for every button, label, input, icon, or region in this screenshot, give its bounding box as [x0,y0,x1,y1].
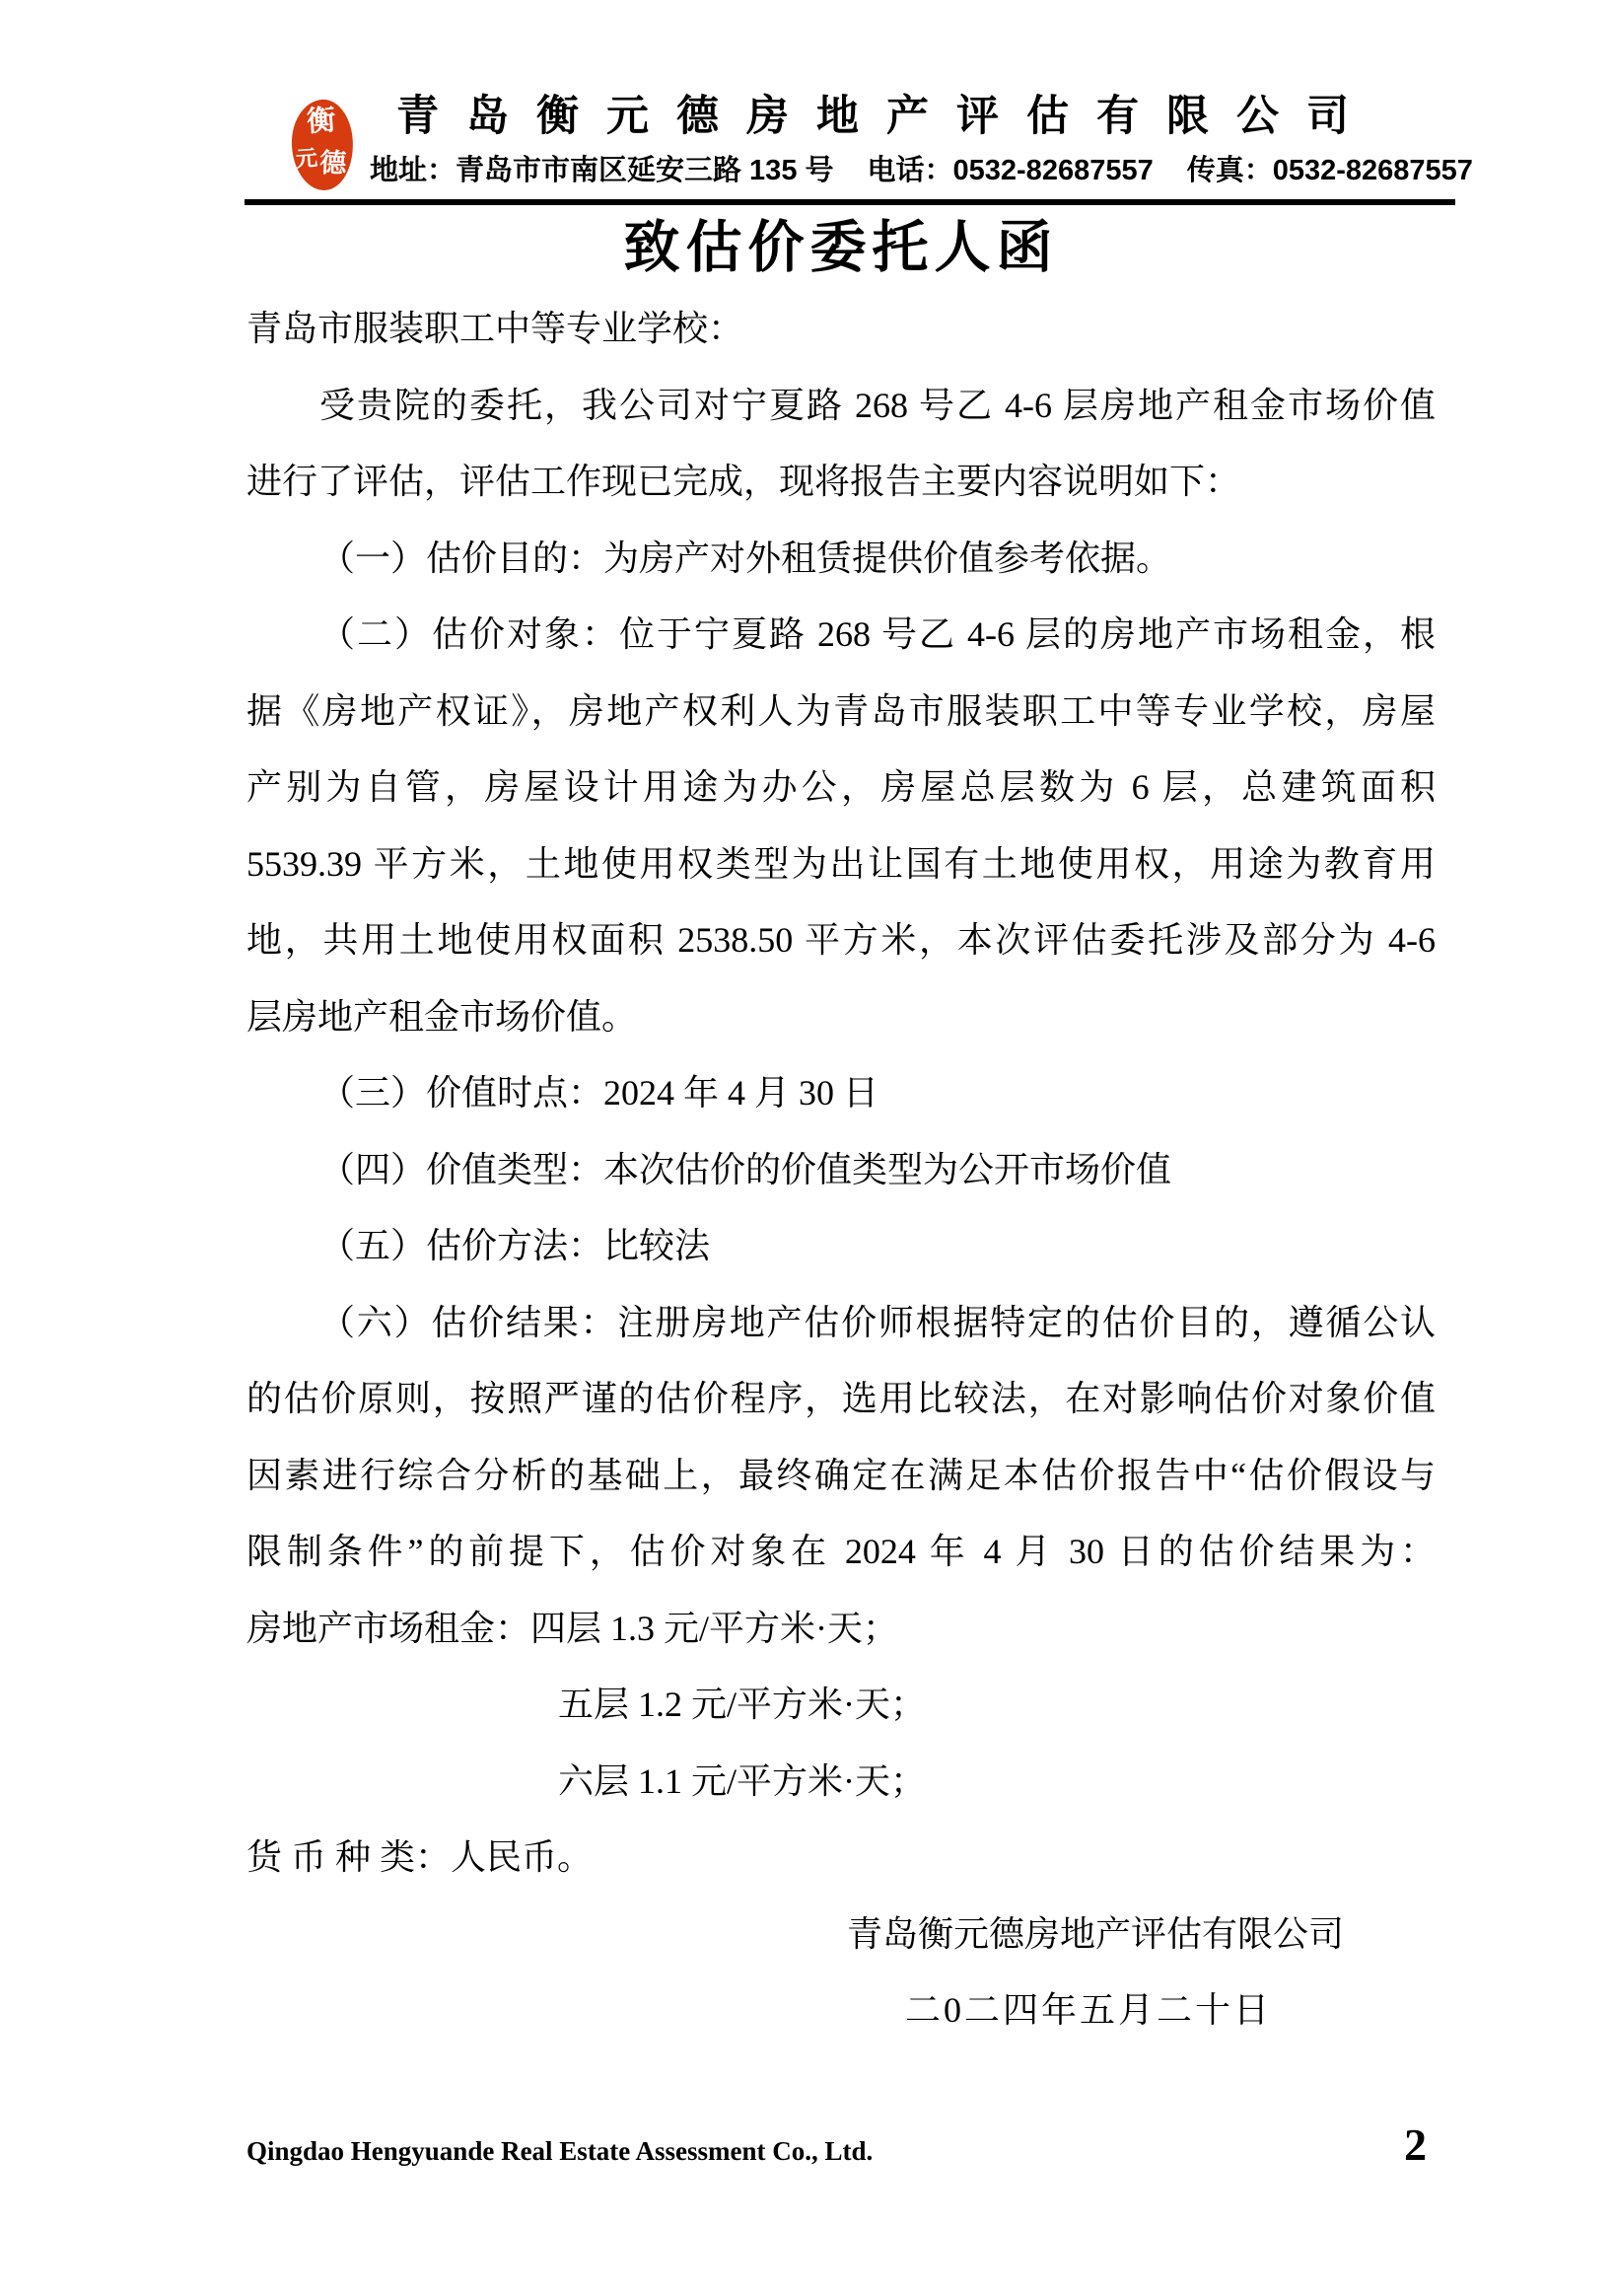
footer-page-number: 2 [1404,2118,1427,2171]
body-line: 地，共用土地使用权面积 2538.50 平方米，本次评估委托涉及部分为 4-6 [246,902,1436,979]
body-line: 因素进行综合分析的基础上，最终确定在满足本估价报告中“估价假设与 [246,1438,1436,1515]
seal-char-de: 德 [319,150,347,178]
body-line: （三）价值时点：2024 年 4 月 30 日 [246,1055,1436,1132]
page-title: 致估价委托人函 [246,211,1436,284]
body-line: 据《房地产权证》，房地产权利人为青岛市服装职工中等专业学校，房屋 [246,674,1436,751]
body-line-currency: 货 币 种 类：人民币。 [246,1820,1436,1897]
body-line-rent-floor4: 房地产市场租金：四层 1.3 元/平方米·天； [246,1591,1436,1668]
footer-company-name-en: Qingdao Hengyuande Real Estate Assessmen… [246,2136,873,2167]
body-line: 受贵院的委托，我公司对宁夏路 268 号乙 4-6 层房地产租金市场价值 [246,368,1436,445]
signature-company-name: 青岛衡元德房地产评估有限公司 [246,1897,1436,1973]
header-phone: 电话：0532-82687557 [868,148,1154,188]
body-line: 层房地产租金市场价值。 [246,979,1436,1056]
seal-char-heng: 衡 [306,107,336,137]
salutation: 青岛市服装职工中等专业学校： [246,291,1436,368]
body-line: 限制条件”的前提下，估价对象在 2024 年 4 月 30 日的估价结果为： [246,1514,1436,1591]
signature-date: 二0二四年五月二十日 [246,1973,1436,2049]
header-address: 地址：青岛市市南区延安三路 135 号 [370,148,834,188]
header-fax: 传真：0532-82687557 [1187,148,1473,188]
header-divider-rule [245,199,1455,205]
body-line: 5539.39 平方米，土地使用权类型为出让国有土地使用权，用途为教育用 [246,826,1436,903]
document-page: 衡 元 德 青岛衡元德房地产评估有限公司 地址：青岛市市南区延安三路 135 号… [0,0,1615,2296]
letter-body: 青岛市服装职工中等专业学校： 受贵院的委托，我公司对宁夏路 268 号乙 4-6… [246,291,1436,2049]
body-line: （五）估价方法：比较法 [246,1208,1436,1285]
body-line: 的估价原则，按照严谨的估价程序，选用比较法，在对影响估价对象价值 [246,1361,1436,1438]
body-line: （六）估价结果：注册房地产估价师根据特定的估价目的，遵循公认 [246,1285,1436,1362]
body-line: （二）估价对象：位于宁夏路 268 号乙 4-6 层的房地产市场租金，根 [246,597,1436,674]
seal-char-yuan: 元 [295,147,317,170]
company-seal-logo: 衡 元 德 [289,98,356,192]
body-line: （一）估价目的：为房产对外租赁提供价值参考依据。 [246,521,1436,598]
body-line: （四）价值类型：本次估价的价值类型为公开市场价值 [246,1132,1436,1209]
body-line-rent-floor5: 五层 1.2 元/平方米·天； [246,1667,1436,1744]
body-line: 进行了评估，评估工作现已完成，现将报告主要内容说明如下： [246,444,1436,521]
header-contact-line: 地址：青岛市市南区延安三路 135 号 电话：0532-82687557 传真：… [370,148,1473,188]
body-line-rent-floor6: 六层 1.1 元/平方米·天； [246,1744,1436,1821]
body-line: 产别为自管，房屋设计用途为办公，房屋总层数为 6 层，总建筑面积 [246,750,1436,826]
header-company-name: 青岛衡元德房地产评估有限公司 [396,83,1392,143]
